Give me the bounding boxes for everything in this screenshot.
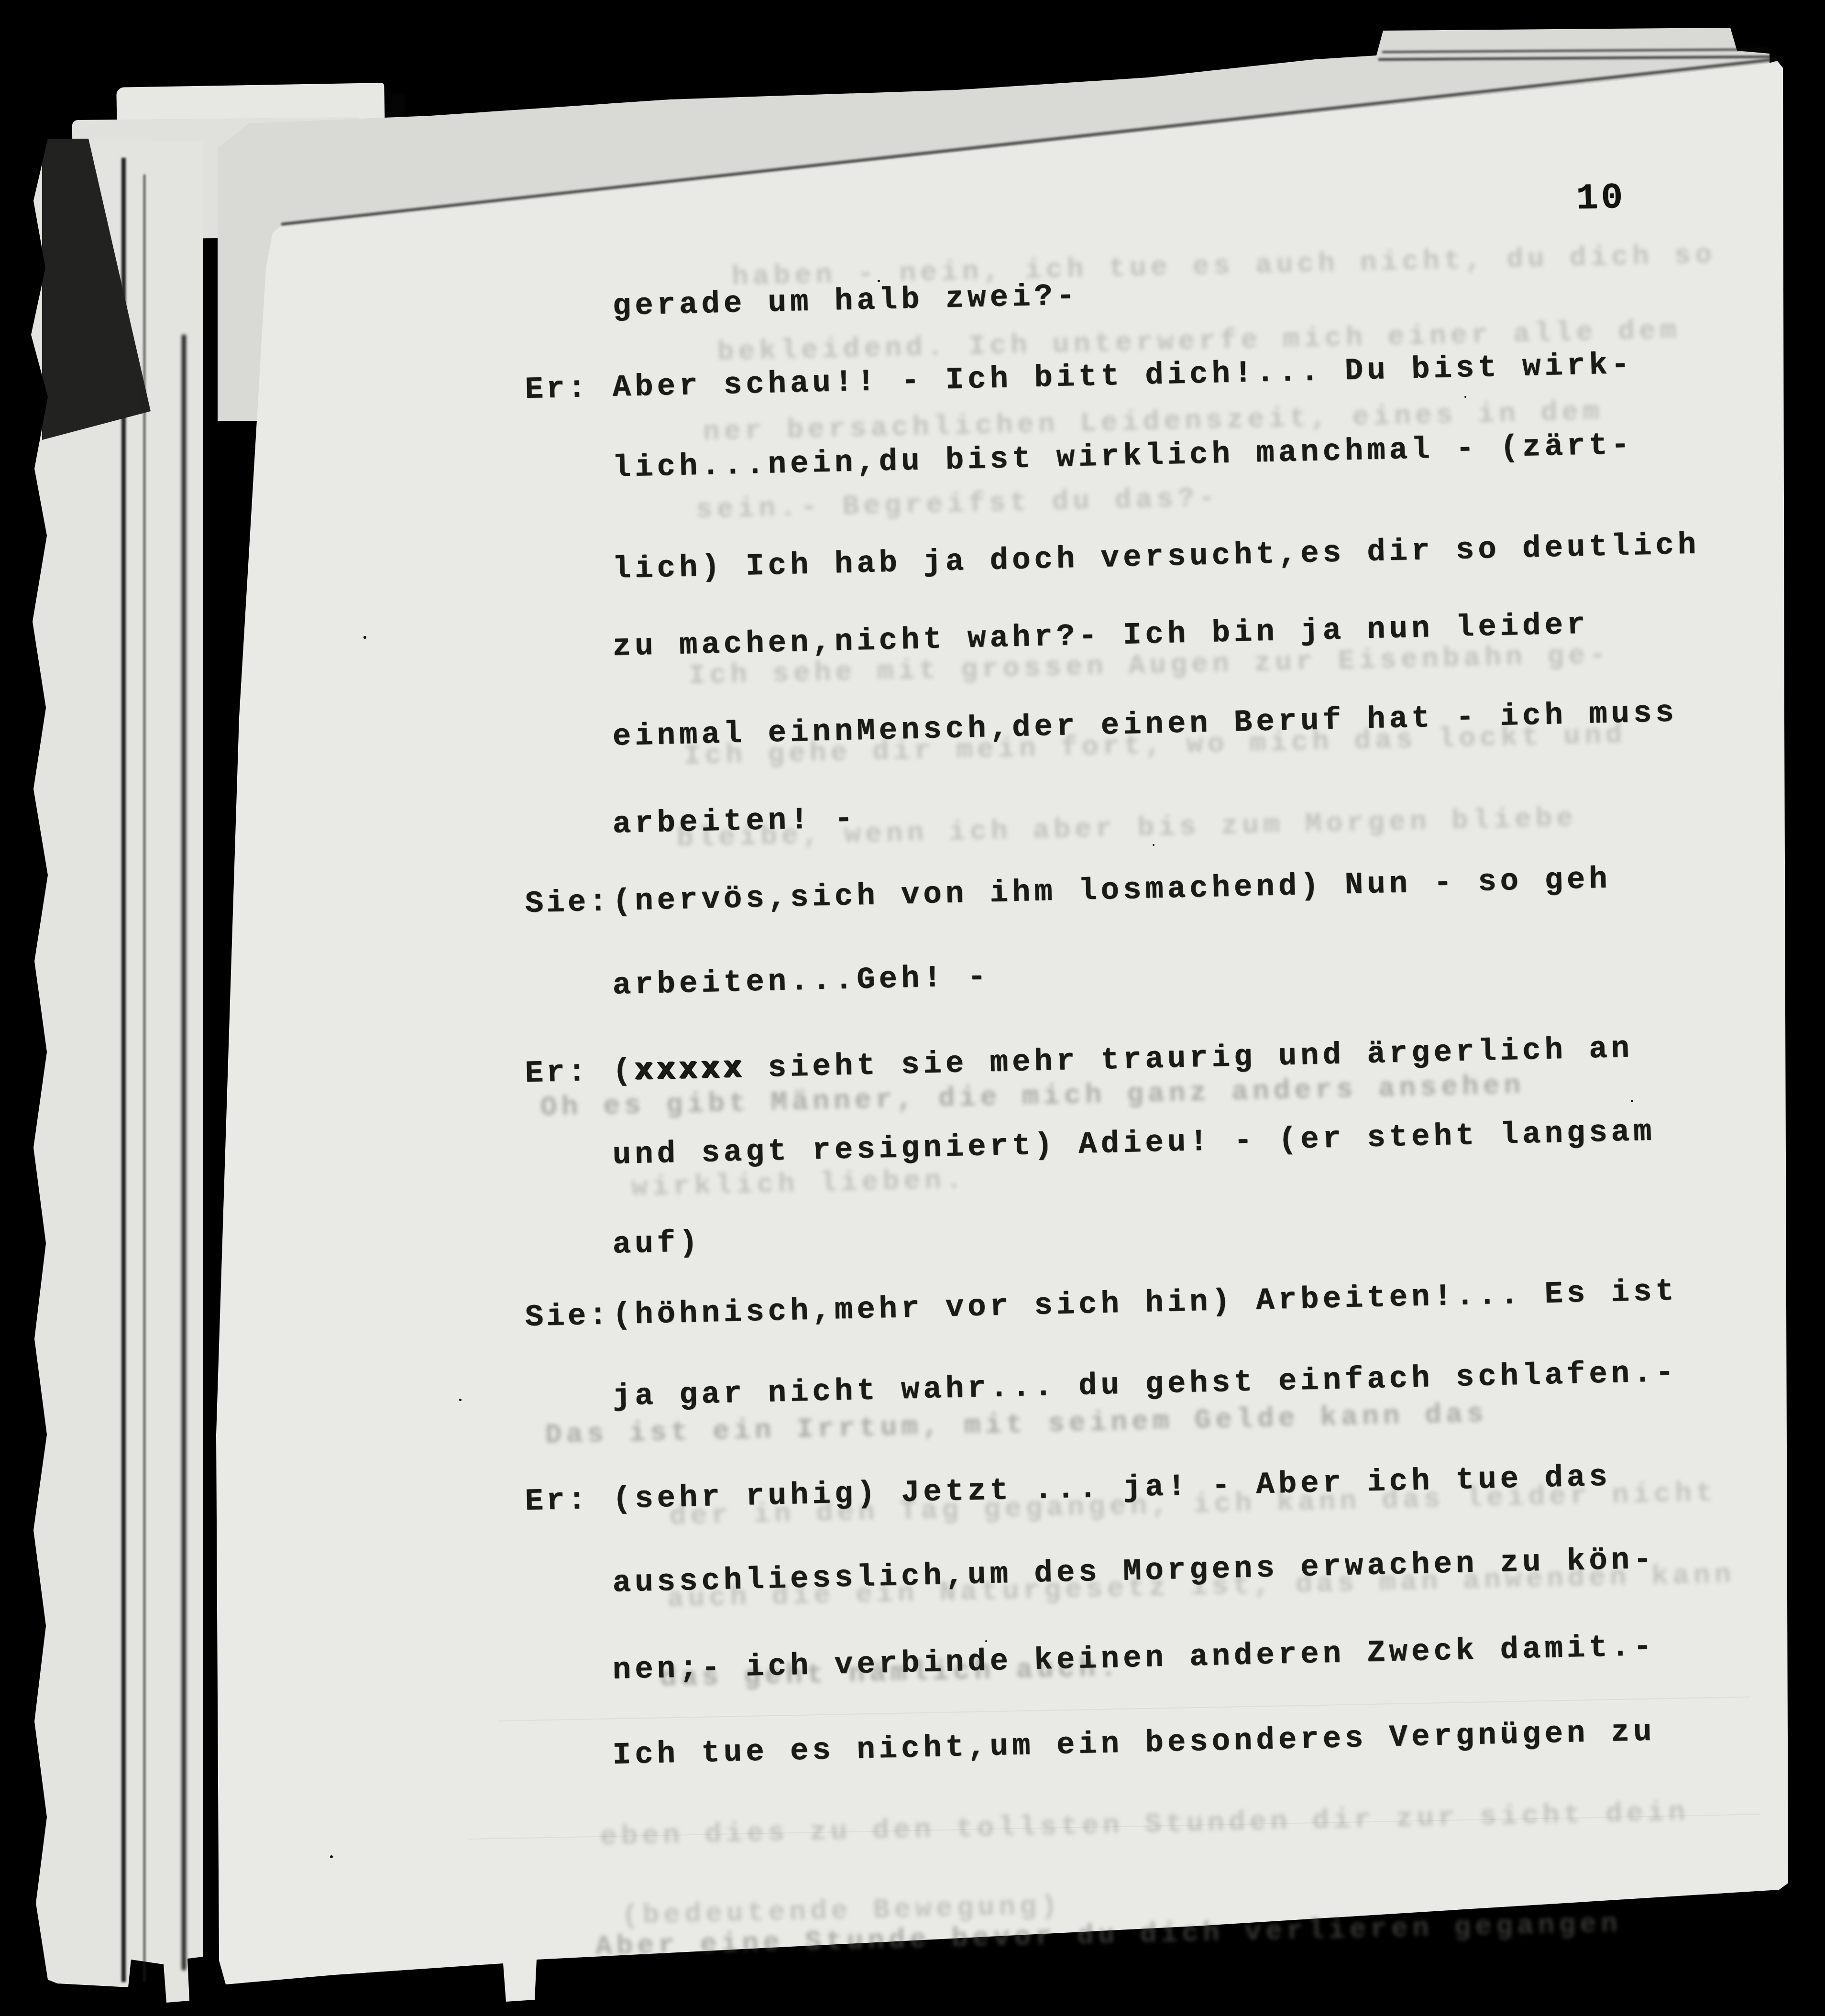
speaker-label: [525, 315, 613, 317]
speaker-label: [525, 1405, 613, 1407]
speaker-label: [525, 476, 613, 478]
scanned-typescript-photo: haben - nein, ich tue es auch nicht, du …: [0, 0, 1825, 2016]
page-number: 10: [1576, 177, 1626, 220]
dust-speck: [1631, 1100, 1633, 1102]
speaker-label: [525, 1591, 613, 1593]
speaker-label: [525, 1163, 613, 1165]
dust-speck: [459, 1399, 462, 1401]
page-separation-line: [121, 158, 126, 1982]
dialogue-text: arbeiten! -: [612, 802, 857, 842]
dust-speck: [330, 1855, 333, 1858]
page-separation-line: [182, 335, 186, 1970]
speaker-label: [525, 655, 613, 657]
dust-speck: [985, 1640, 987, 1642]
script-line: auf): [525, 1226, 702, 1264]
speaker-label: [525, 833, 613, 834]
speaker-label: Er:: [525, 371, 613, 407]
dust-speck: [1464, 396, 1466, 398]
dust-speck: [1153, 844, 1154, 846]
speaker-label: Sie:: [525, 1299, 613, 1335]
speaker-label: [525, 994, 613, 996]
speaker-label: Er:: [525, 1055, 613, 1091]
speaker-label: [525, 1764, 613, 1765]
dialogue-text: auf): [612, 1226, 702, 1262]
speaker-label: [525, 1678, 613, 1680]
speaker-label: Sie:: [525, 885, 613, 921]
page-separation-line: [143, 175, 145, 1982]
speaker-label: [525, 1253, 613, 1255]
dust-speck: [363, 636, 366, 639]
speaker-label: [525, 745, 613, 747]
speaker-label: [525, 578, 613, 580]
speaker-label: Er:: [525, 1483, 613, 1519]
